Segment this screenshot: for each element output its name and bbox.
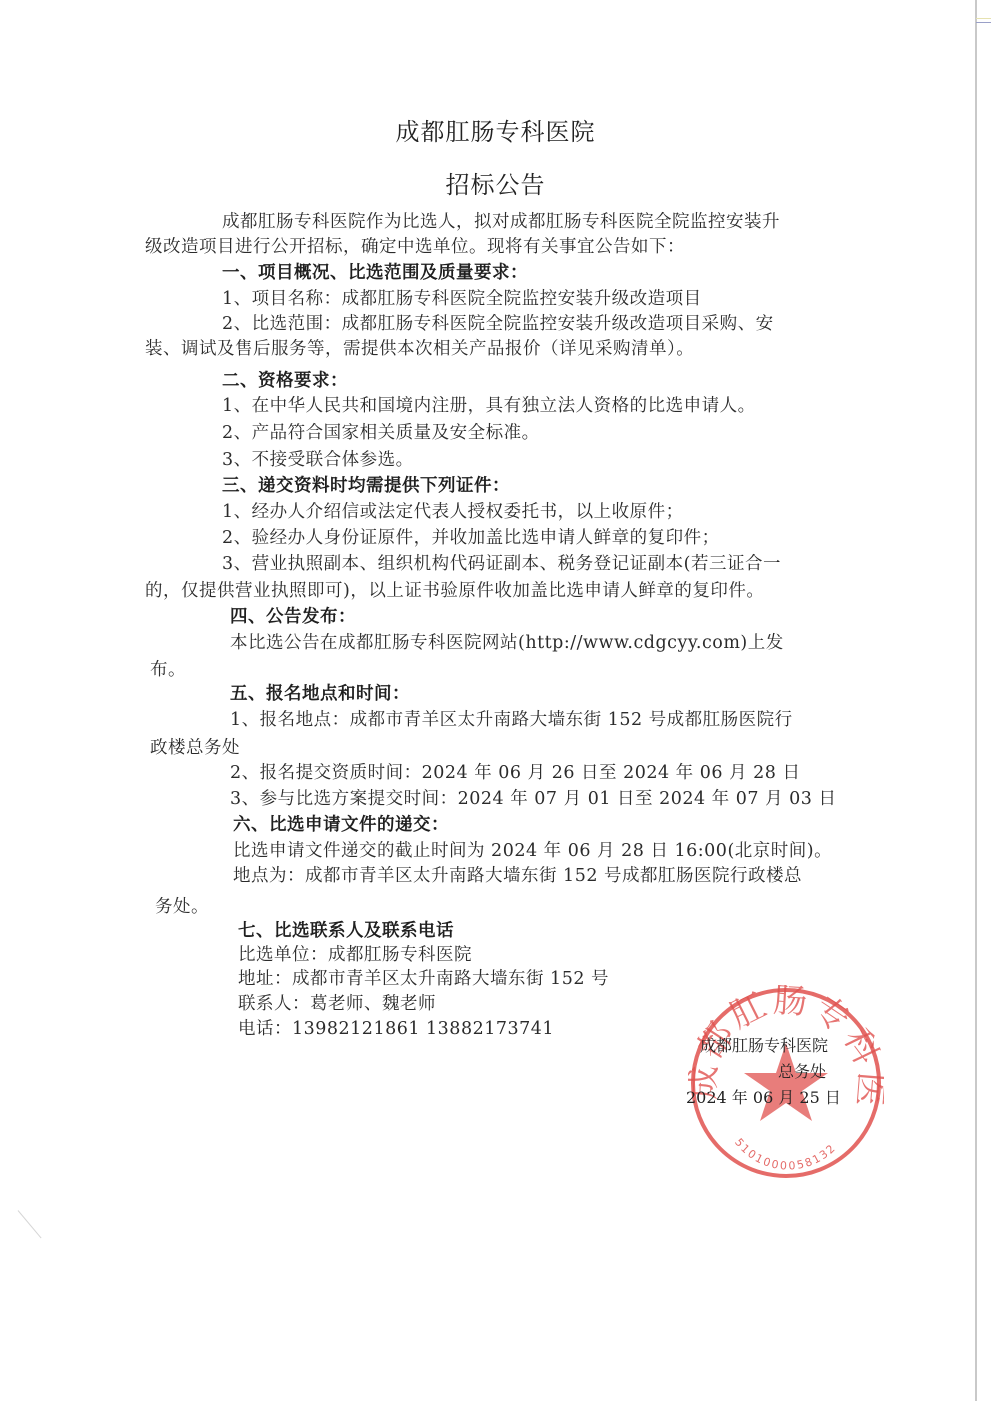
section-4-line: 布。 (150, 659, 186, 681)
section-3-line: 的，仅提供营业执照即可)，以上证书验原件收加盖比选申请人鲜章的复印件。 (145, 580, 764, 602)
section-6-heading: 六、比选申请文件的递交： (233, 814, 449, 836)
section-6-line: 地点为：成都市青羊区太升南路大墙东街 152 号成都肛肠医院行政楼总 (233, 865, 802, 887)
section-1-line: 1、项目名称：成都肛肠专科医院全院监控安装升级改造项目 (222, 288, 702, 310)
signature-date: 2024 年 06 月 25 日 (686, 1088, 841, 1108)
official-seal-stamp: 成都肛肠专科医院 5101000058132 (688, 985, 884, 1181)
section-6-line: 比选申请文件递交的截止时间为 2024 年 06 月 28 日 16:00(北京… (233, 840, 832, 862)
section-2-line: 2、产品符合国家相关质量及安全标准。 (222, 422, 540, 444)
section-2-line: 3、不接受联合体参选。 (222, 449, 414, 471)
section-1-heading: 一、项目概况、比选范围及质量要求： (222, 262, 528, 284)
page-edge-mark (976, 22, 991, 23)
section-5-heading: 五、报名地点和时间： (230, 683, 410, 705)
section-3-line: 3、营业执照副本、组织机构代码证副本、税务登记证副本(若三证合一 (222, 553, 781, 575)
section-3-heading: 三、递交资料时均需提供下列证件： (222, 475, 510, 497)
page-edge-line (975, 0, 977, 1401)
contact-persons: 联系人：葛老师、魏老师 (238, 993, 436, 1015)
org-title: 成都肛肠专科医院 (0, 112, 991, 147)
intro-line-1: 成都肛肠专科医院作为比选人，拟对成都肛肠专科医院全院监控安装升 (222, 211, 780, 233)
section-1-line: 装、调试及售后服务等，需提供本次相关产品报价（详见采购清单）。 (145, 338, 694, 360)
contact-address: 地址：成都市青羊区太升南路大墙东街 152 号 (238, 968, 609, 990)
scan-artifact (18, 1210, 42, 1238)
section-6-line: 务处。 (155, 896, 209, 918)
section-7-heading: 七、比选联系人及联系电话 (238, 920, 454, 942)
section-3-line: 2、验经办人身份证原件，并收加盖比选申请人鲜章的复印件； (222, 527, 720, 549)
section-2-heading: 二、资格要求： (222, 370, 348, 392)
contact-phone: 电话：13982121861 13882173741 (238, 1018, 554, 1040)
page-edge-mark (976, 18, 991, 19)
section-1-line: 2、比选范围：成都肛肠专科医院全院监控安装升级改造项目采购、安 (222, 313, 774, 335)
contact-unit: 比选单位：成都肛肠专科医院 (238, 944, 472, 966)
section-3-line: 1、经办人介绍信或法定代表人授权委托书，以上收原件； (222, 501, 684, 523)
section-4-line: 本比选公告在成都肛肠专科医院网站(http://www.cdgcyy.com)上… (230, 632, 784, 654)
section-5-line: 3、参与比选方案提交时间：2024 年 07 月 01 日至 2024 年 07… (230, 788, 836, 810)
section-4-heading: 四、公告发布： (230, 606, 356, 628)
doc-title: 招标公告 (0, 165, 991, 200)
intro-line-2: 级改造项目进行公开招标，确定中选单位。现将有关事宜公告如下： (145, 236, 685, 258)
section-2-line: 1、在中华人民共和国境内注册，具有独立法人资格的比选申请人。 (222, 395, 756, 417)
signature-dept: 总务处 (778, 1062, 826, 1082)
section-5-line: 1、报名地点：成都市青羊区太升南路大墙东街 152 号成都肛肠医院行 (230, 709, 793, 731)
signature-org: 成都肛肠专科医院 (700, 1036, 828, 1056)
section-5-line: 政楼总务处 (150, 737, 240, 759)
section-5-line: 2、报名提交资质时间：2024 年 06 月 26 日至 2024 年 06 月… (230, 762, 800, 784)
